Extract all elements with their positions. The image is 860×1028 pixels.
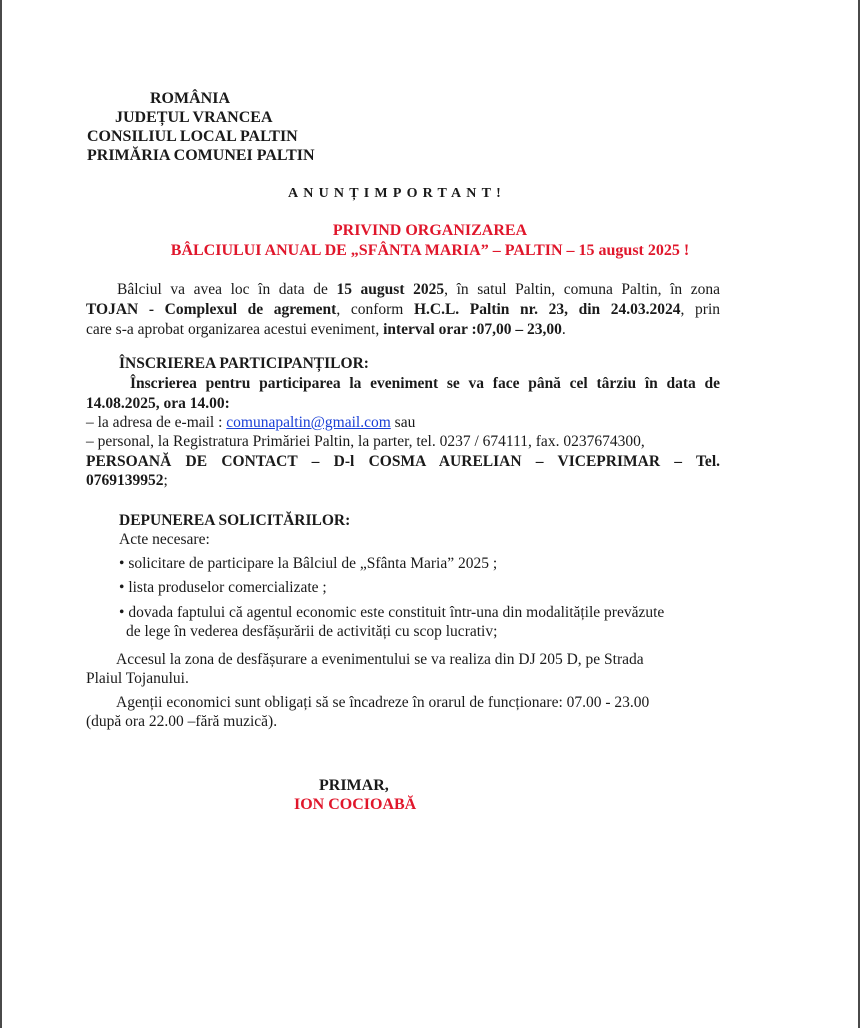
registration-deadline: 14.08.2025, ora 14.00: — [86, 394, 230, 414]
hours-line-2: (după ora 22.00 –fără muzică). — [86, 712, 277, 732]
hours-line-1: Agenții economici sunt obligați să se în… — [116, 693, 649, 713]
registration-heading: ÎNSCRIEREA PARTICIPANȚILOR: — [119, 354, 369, 374]
email-link[interactable]: comunapaltin@gmail.com — [226, 414, 391, 431]
header-country: ROMÂNIA — [150, 89, 230, 108]
header-county: JUDEȚUL VRANCEA — [115, 108, 273, 127]
signature-name: ION COCIOABĂ — [294, 795, 416, 814]
submission-intro: Acte necesare: — [119, 530, 210, 550]
registration-personal: – personal, la Registratura Primăriei Pa… — [86, 432, 645, 452]
intro-line-1: Bâlciul va avea loc în data de 15 august… — [86, 280, 720, 300]
header-council: CONSILIUL LOCAL PALTIN — [87, 127, 298, 146]
registration-line-1: Înscrierea pentru participarea la evenim… — [86, 374, 720, 394]
contact-line-2: 0769139952; — [86, 471, 168, 491]
submission-item: • solicitare de participare la Bâlciul d… — [119, 554, 497, 574]
page-edge-left — [0, 0, 2, 1028]
announcement-subtitle-line1: PRIVIND ORGANIZAREA — [90, 222, 770, 240]
announcement-title: ANUNȚIMPORTANT! — [288, 186, 506, 202]
submission-item: • dovada faptului că agentul economic es… — [119, 603, 664, 623]
access-line-2: Plaiul Tojanului. — [86, 669, 189, 689]
submission-item: • lista produselor comercializate ; — [119, 578, 327, 598]
intro-line-2: TOJAN - Complexul de agrement, conform H… — [86, 300, 720, 320]
intro-line-3: care s-a aprobat organizarea acestui eve… — [86, 320, 566, 340]
registration-email-line: – la adresa de e-mail : comunapaltin@gma… — [86, 413, 415, 433]
submission-item-continuation: de lege în vederea desfășurării de activ… — [126, 622, 497, 642]
contact-line-1: PERSOANĂ DE CONTACT – D-l COSMA AURELIAN… — [86, 452, 720, 472]
signature-role: PRIMAR, — [319, 776, 389, 795]
header-town-hall: PRIMĂRIA COMUNEI PALTIN — [87, 146, 315, 165]
access-line-1: Accesul la zona de desfășurare a evenime… — [116, 650, 644, 670]
announcement-subtitle-line2: BÂLCIULUI ANUAL DE „SFÂNTA MARIA” – PALT… — [90, 242, 770, 260]
submission-heading: DEPUNEREA SOLICITĂRILOR: — [119, 511, 350, 531]
